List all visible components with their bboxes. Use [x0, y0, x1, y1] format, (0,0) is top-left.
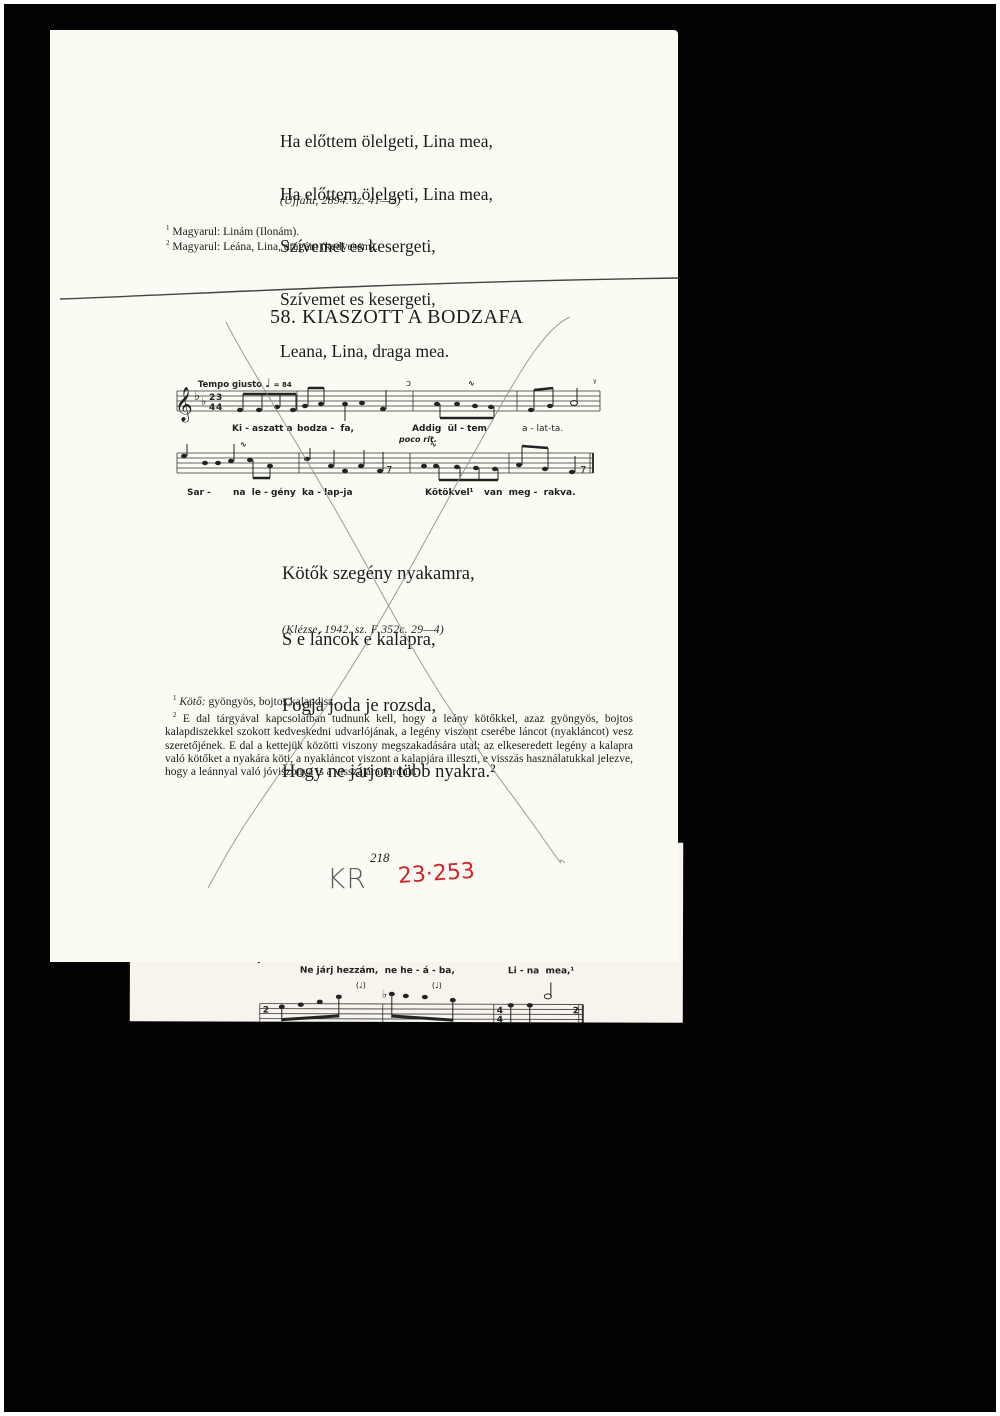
svg-text:(♩): (♩) [432, 981, 442, 990]
pencil-strike-marks [50, 30, 678, 962]
svg-text:(♩): (♩) [356, 981, 366, 990]
document-page: Ha előttem ölelgeti, Lina mea, Ha előtte… [50, 30, 678, 962]
svg-text:4: 4 [497, 1015, 503, 1025]
svg-text:♭: ♭ [382, 988, 387, 1001]
svg-text:2: 2 [573, 1006, 579, 1016]
svg-text:2: 2 [263, 1006, 269, 1016]
